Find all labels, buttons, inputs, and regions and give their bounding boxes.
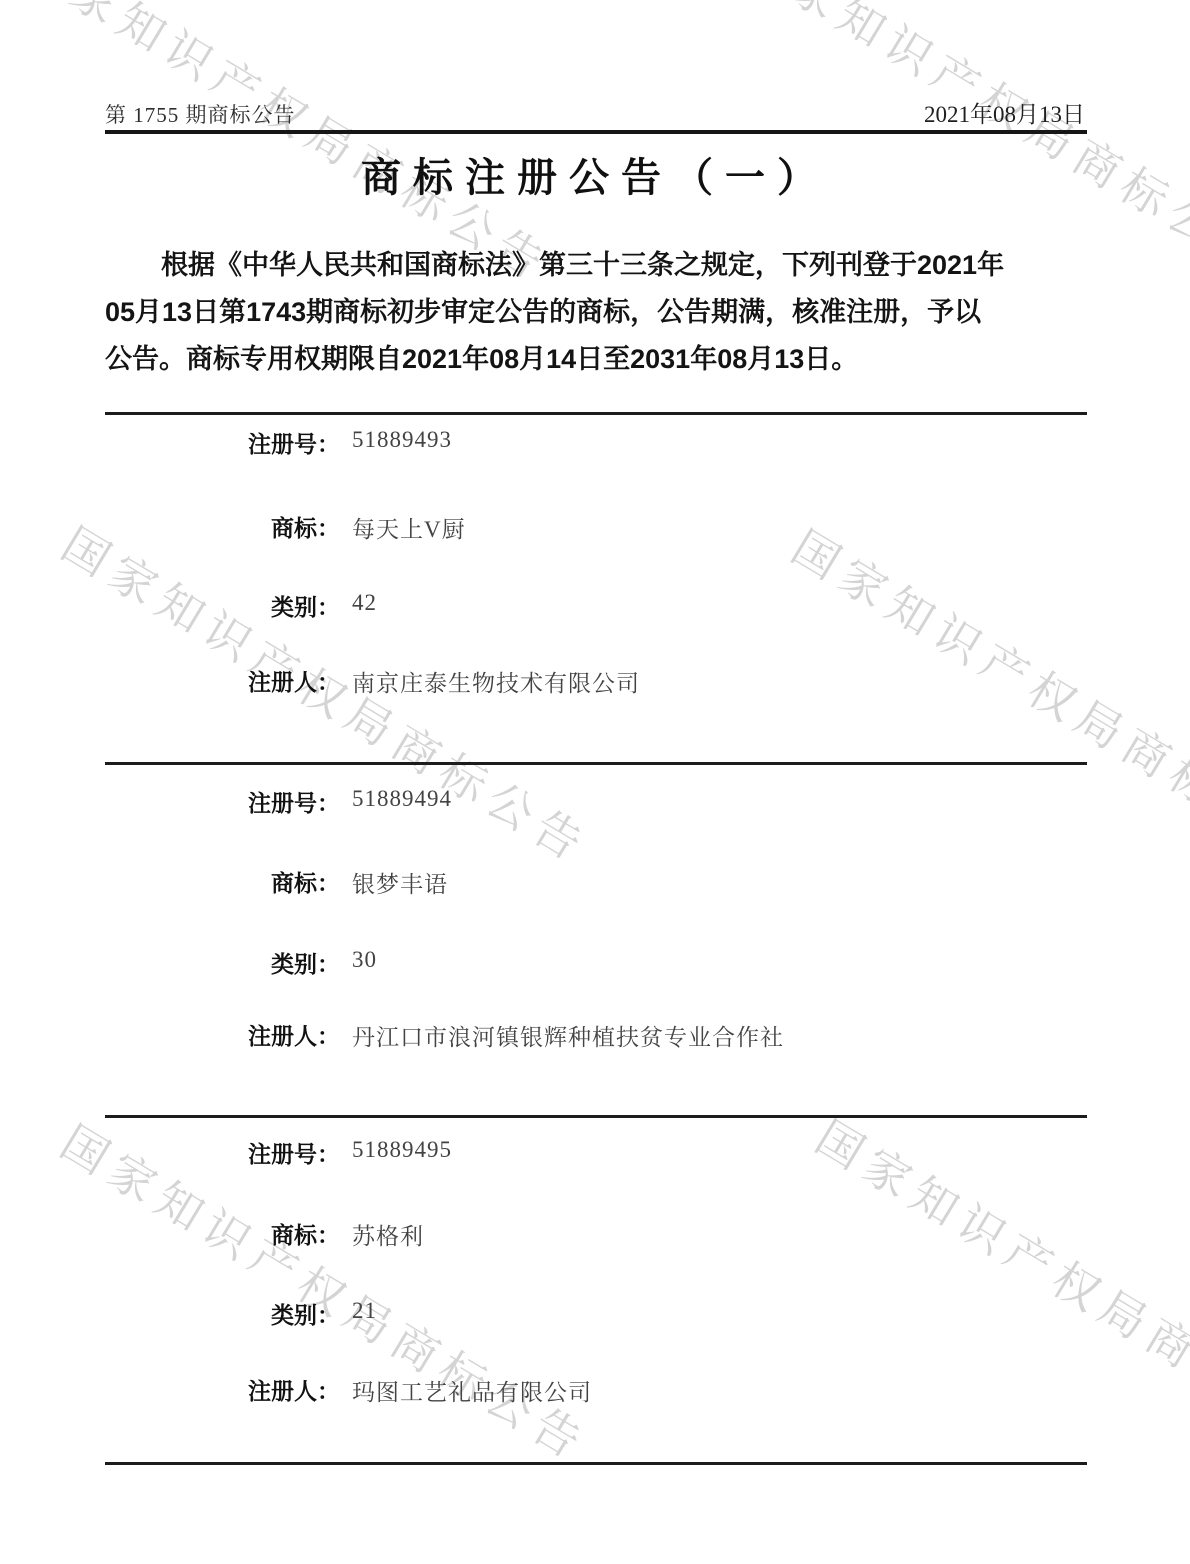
field-label-mark: 商标： xyxy=(105,510,340,543)
gazette-issue-number: 第 1755 期商标公告 xyxy=(105,99,296,129)
field-value-mark: 苏格利 xyxy=(352,1218,424,1251)
field-label-class: 类别： xyxy=(105,1297,340,1330)
separator-line xyxy=(105,1115,1087,1118)
record-row-class: 类别： 42 xyxy=(0,589,1190,621)
watermark-middle-right: 国家知识产权局商标公告 xyxy=(781,512,1190,880)
record-row-mark: 商标： 每天上V厨 xyxy=(0,510,1190,542)
field-value-mark: 银梦丰语 xyxy=(352,866,448,899)
field-value-registrant: 南京庄泰生物技术有限公司 xyxy=(352,665,640,698)
field-label-registrant: 注册人： xyxy=(105,664,340,697)
intro-paragraph: 根据《中华人民共和国商标法》第三十三条之规定，下列刊登于2021年 05月13日… xyxy=(105,242,1089,383)
field-label-reg-no: 注册号： xyxy=(105,1136,340,1169)
field-label-mark: 商标： xyxy=(105,865,340,898)
record-row-registrant: 注册人： 玛图工艺礼品有限公司 xyxy=(0,1373,1190,1405)
field-value-class: 30 xyxy=(352,947,377,973)
field-label-mark: 商标： xyxy=(105,1217,340,1250)
separator-line xyxy=(105,762,1087,765)
record-row-reg-no: 注册号： 51889495 xyxy=(0,1136,1190,1168)
field-value-registrant: 丹江口市浪河镇银辉种植扶贫专业合作社 xyxy=(352,1019,784,1052)
record-row-reg-no: 注册号： 51889493 xyxy=(0,426,1190,458)
field-label-reg-no: 注册号： xyxy=(105,785,340,818)
field-value-reg-no: 51889495 xyxy=(352,1137,452,1163)
record-row-registrant: 注册人： 南京庄泰生物技术有限公司 xyxy=(0,664,1190,696)
separator-line xyxy=(105,412,1087,415)
record-row-mark: 商标： 苏格利 xyxy=(0,1217,1190,1249)
field-value-class: 42 xyxy=(352,590,377,616)
field-value-reg-no: 51889493 xyxy=(352,427,452,453)
gazette-date: 2021年08月13日 xyxy=(924,96,1085,129)
intro-line-2: 05月13日第1743期商标初步审定公告的商标，公告期满，核准注册，予以 xyxy=(105,289,1089,336)
page-title: 商标注册公告（一） xyxy=(0,146,1190,203)
field-label-registrant: 注册人： xyxy=(105,1373,340,1406)
field-label-class: 类别： xyxy=(105,589,340,622)
field-value-class: 21 xyxy=(352,1298,377,1324)
record-row-mark: 商标： 银梦丰语 xyxy=(0,865,1190,897)
field-label-reg-no: 注册号： xyxy=(105,426,340,459)
field-value-mark: 每天上V厨 xyxy=(352,511,466,544)
field-label-registrant: 注册人： xyxy=(105,1018,340,1051)
gazette-page: 国家知识产权局商标公告 国家知识产权局商标公告 国家知识产权局商标公告 国家知识… xyxy=(0,0,1190,1564)
field-label-class: 类别： xyxy=(105,946,340,979)
record-row-reg-no: 注册号： 51889494 xyxy=(0,785,1190,817)
header-rule xyxy=(105,130,1087,134)
record-row-registrant: 注册人： 丹江口市浪河镇银辉种植扶贫专业合作社 xyxy=(0,1018,1190,1050)
intro-line-3: 公告。商标专用权期限自2021年08月14日至2031年08月13日。 xyxy=(105,336,1089,383)
separator-line xyxy=(105,1462,1087,1465)
record-row-class: 类别： 30 xyxy=(0,946,1190,978)
intro-line-1: 根据《中华人民共和国商标法》第三十三条之规定，下列刊登于2021年 xyxy=(105,242,1089,289)
field-value-reg-no: 51889494 xyxy=(352,786,452,812)
field-value-registrant: 玛图工艺礼品有限公司 xyxy=(352,1374,592,1407)
record-row-class: 类别： 21 xyxy=(0,1297,1190,1329)
